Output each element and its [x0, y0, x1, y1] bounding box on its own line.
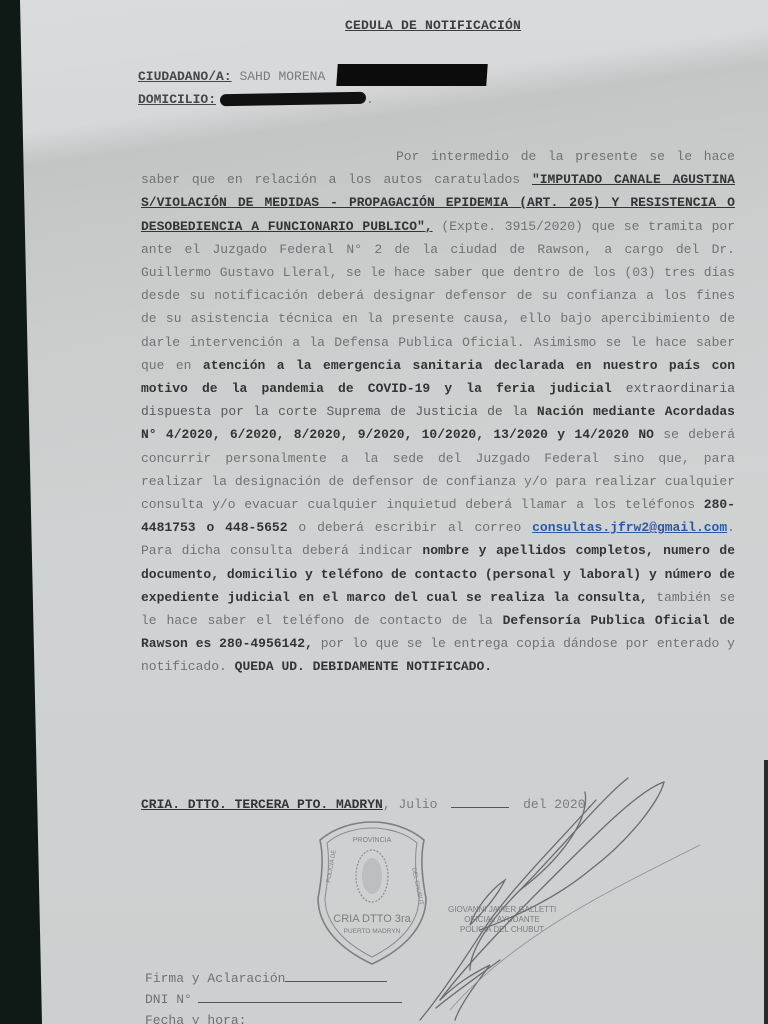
- document-title: CEDULA DE NOTIFICACIÓN: [345, 18, 521, 33]
- final-notice: QUEDA UD. DEBIDAMENTE NOTIFICADO.: [235, 659, 492, 674]
- case-details: (Expte. 3915/2020) que se tramita por an…: [141, 219, 735, 373]
- svg-text:PROVINCIA: PROVINCIA: [353, 837, 392, 844]
- officer-org: POLICIA DEL CHUBUT: [448, 925, 556, 935]
- notification-document: CEDULA DE NOTIFICACIÓN CIUDADANO/A: SAHD…: [0, 0, 768, 1024]
- fecha-label: Fecha y hora:: [145, 1013, 246, 1024]
- dni-line[interactable]: [198, 992, 402, 1003]
- redaction-bar: [336, 64, 488, 86]
- officer-name: GIOVANNI JAVIER GALLETTI: [448, 905, 556, 915]
- day-blank[interactable]: [451, 797, 509, 808]
- address-field: DOMICILIO:.: [138, 92, 374, 107]
- svg-text:CRIA DTTO 3ra: CRIA DTTO 3ra: [333, 913, 411, 925]
- recipient-name: SAHD MORENA: [239, 69, 325, 84]
- closing-year: del 2020.: [523, 797, 593, 812]
- firma-label: Firma y Aclaración: [145, 971, 285, 986]
- recipient-field: CIUDADANO/A: SAHD MORENA: [138, 64, 487, 86]
- dni-label: DNI N°: [145, 992, 192, 1007]
- email-link[interactable]: consultas.jfrw2@gmail.com: [532, 520, 727, 535]
- officer-stamp: GIOVANNI JAVIER GALLETTI OFICIAL AYUDANT…: [448, 905, 556, 935]
- officer-rank: OFICIAL AYUDANTE: [448, 915, 556, 925]
- svg-text:PUERTO MADRYN: PUERTO MADRYN: [344, 928, 401, 935]
- redaction-scribble: [220, 92, 366, 107]
- notification-body: Por intermedio de la presente se le hace…: [141, 145, 735, 679]
- police-seal-stamp: PROVINCIA POLICIA DE DEL CHUBUT CRIA DTT…: [310, 818, 434, 968]
- police-station: CRIA. DTTO. TERCERA PTO. MADRYN: [141, 797, 383, 812]
- email-intro: o deberá escribir al correo: [298, 520, 521, 535]
- firma-line[interactable]: [285, 971, 387, 982]
- closing-line: CRIA. DTTO. TERCERA PTO. MADRYN, Julio d…: [141, 797, 593, 812]
- closing-month: Julio: [398, 797, 437, 812]
- signature-fields: Firma y Aclaración DNI N° Fecha y hora:: [145, 968, 402, 1024]
- recipient-label: CIUDADANO/A:: [138, 69, 232, 84]
- address-label: DOMICILIO:: [138, 92, 216, 107]
